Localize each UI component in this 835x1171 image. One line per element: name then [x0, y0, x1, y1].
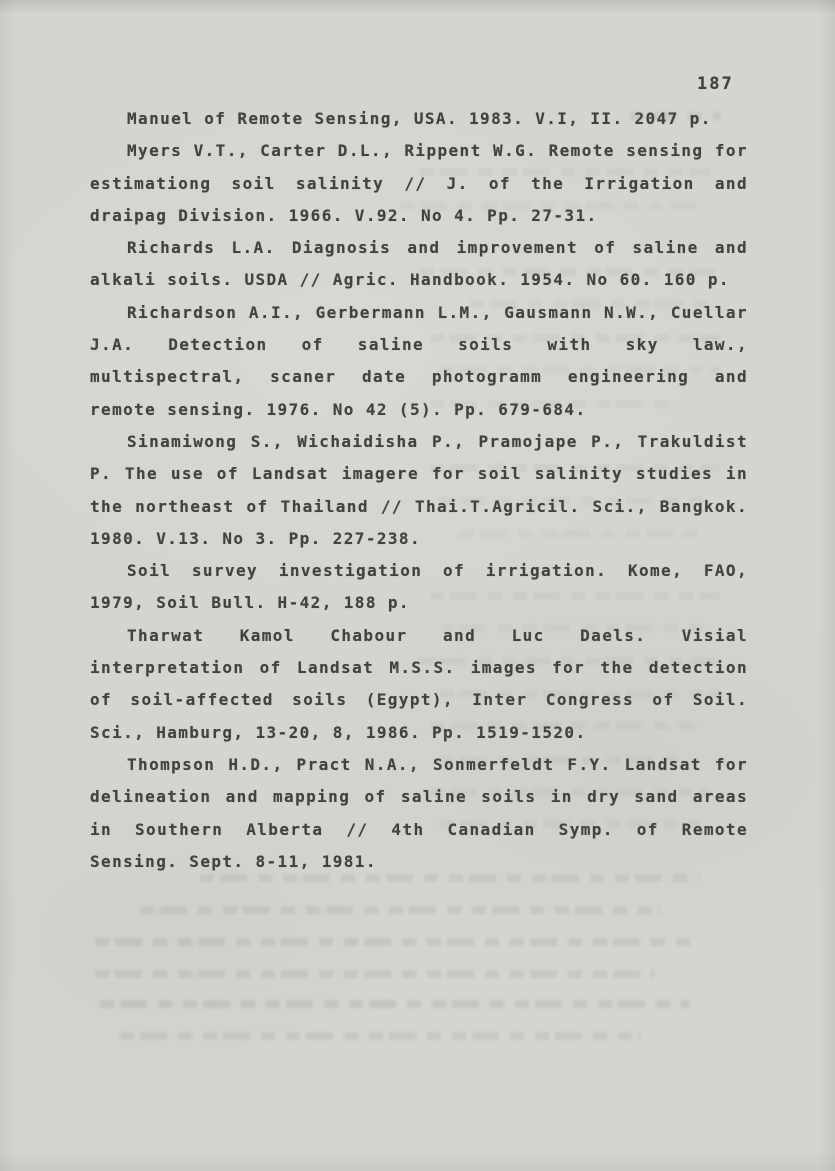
reference-line: Sci., Hamburg, 13-20, 8, 1986. Pp. 1519-…: [90, 717, 748, 749]
bleedthrough-ghost-line: [100, 1000, 690, 1008]
reference-paragraph: Richardson A.I., Gerbermann L.M., Gausma…: [90, 297, 748, 426]
reference-line: Sinamiwong S., Wichaidisha P., Pramojape…: [90, 426, 748, 458]
reference-line: Thompson H.D., Pract N.A., Sonmerfeldt F…: [90, 749, 748, 781]
reference-line: multispectral, scaner date photogramm en…: [90, 361, 748, 393]
reference-paragraph: Soil survey investigation of irrigation.…: [90, 555, 748, 620]
reference-paragraph: Tharwat Kamol Chabour and Luc Daels. Vis…: [90, 620, 748, 749]
page-number: 187: [697, 74, 734, 94]
bleedthrough-ghost-line: [140, 906, 660, 914]
references: Manuel of Remote Sensing, USA. 1983. V.I…: [90, 103, 748, 878]
reference-line: Myers V.T., Carter D.L., Rippent W.G. Re…: [90, 135, 748, 167]
reference-line: interpretation of Landsat M.S.S. images …: [90, 652, 748, 684]
reference-paragraph: Myers V.T., Carter D.L., Rippent W.G. Re…: [90, 135, 748, 232]
reference-paragraph: Thompson H.D., Pract N.A., Sonmerfeldt F…: [90, 749, 748, 878]
reference-line: Richardson A.I., Gerbermann L.M., Gausma…: [90, 297, 748, 329]
bleedthrough-ghost-line: [120, 1032, 640, 1040]
reference-line: Sensing. Sept. 8-11, 1981.: [90, 846, 748, 878]
reference-line: 1980. V.13. No 3. Pp. 227-238.: [90, 523, 748, 555]
reference-paragraph: Richards L.A. Diagnosis and improvement …: [90, 232, 748, 297]
reference-line: estimationg soil salinity // J. of the I…: [90, 168, 748, 200]
reference-line: delineation and mapping of saline soils …: [90, 781, 748, 813]
bleedthrough-ghost-line: [95, 970, 655, 978]
bleedthrough-ghost-line: [95, 938, 695, 946]
reference-line: alkali soils. USDA // Agric. Handbook. 1…: [90, 264, 748, 296]
scanned-page: 187 Manuel of Remote Sensing, USA. 1983.…: [0, 0, 835, 1171]
reference-line: J.A. Detection of saline soils with sky …: [90, 329, 748, 361]
reference-paragraph: Sinamiwong S., Wichaidisha P., Pramojape…: [90, 426, 748, 555]
reference-line: P. The use of Landsat imagere for soil s…: [90, 458, 748, 490]
reference-line: in Southern Alberta // 4th Canadian Symp…: [90, 814, 748, 846]
reference-paragraph: Manuel of Remote Sensing, USA. 1983. V.I…: [90, 103, 748, 135]
reference-line: Soil survey investigation of irrigation.…: [90, 555, 748, 587]
reference-line: of soil-affected soils (Egypt), Inter Co…: [90, 684, 748, 716]
reference-line: draipag Division. 1966. V.92. No 4. Pp. …: [90, 200, 748, 232]
reference-line: remote sensing. 1976. No 42 (5). Pp. 679…: [90, 394, 748, 426]
reference-line: 1979, Soil Bull. H-42, 188 p.: [90, 587, 748, 619]
reference-line: Manuel of Remote Sensing, USA. 1983. V.I…: [90, 103, 748, 135]
reference-line: the northeast of Thailand // Thai.T.Agri…: [90, 491, 748, 523]
reference-line: Tharwat Kamol Chabour and Luc Daels. Vis…: [90, 620, 748, 652]
reference-line: Richards L.A. Diagnosis and improvement …: [90, 232, 748, 264]
